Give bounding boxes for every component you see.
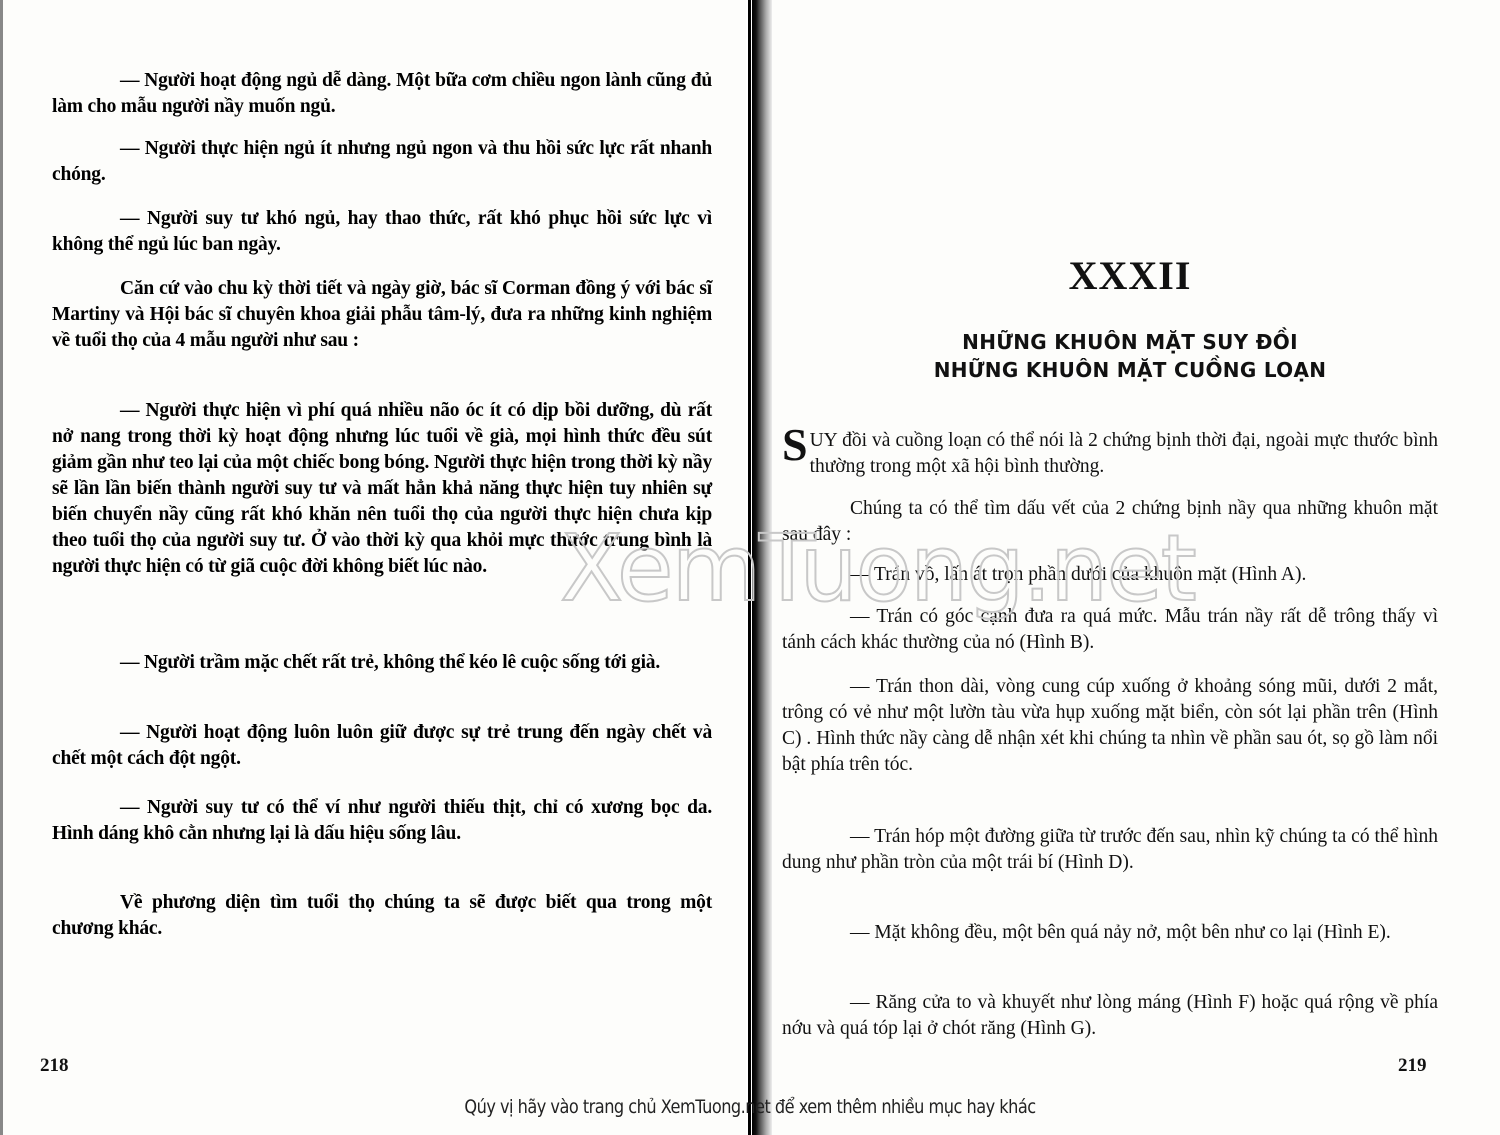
paragraph-text: — Trán hóp một đường giữa từ trước đến s… bbox=[782, 826, 1438, 873]
paragraph: — Người trầm mặc chết rất trẻ, không thể… bbox=[52, 650, 712, 676]
book-spread: — Người hoạt động ngủ dễ dàng. Một bữa c… bbox=[0, 0, 1500, 1135]
paragraph-text: — Người hoạt động luôn luôn giữ được sự … bbox=[52, 722, 712, 769]
paragraph-text: — Răng cửa to và khuyết như lòng máng (H… bbox=[782, 992, 1438, 1039]
paragraph: Về phương diện tìm tuổi thọ chúng ta sẽ … bbox=[52, 890, 712, 942]
paragraph-text: — Người hoạt động ngủ dễ dàng. Một bữa c… bbox=[52, 70, 712, 117]
paragraph: Chúng ta có thể tìm dấu vết của 2 chứng … bbox=[782, 496, 1438, 548]
page-number: 218 bbox=[40, 1055, 69, 1077]
paragraph-text: — Mặt không đều, một bên quá nảy nở, một… bbox=[850, 922, 1391, 943]
paragraph: — Người thực hiện ngủ ít nhưng ngủ ngon … bbox=[52, 136, 712, 188]
paragraph: — Mặt không đều, một bên quá nảy nở, một… bbox=[782, 920, 1438, 946]
chapter-title-line-2: NHỮNG KHUÔN MẶT CUỒNG LOẠN bbox=[770, 358, 1490, 382]
intro-paragraph: SUY đồi và cuồng loạn có thể nói là 2 ch… bbox=[782, 428, 1438, 480]
paragraph: — Người suy tư có thể ví như người thiếu… bbox=[52, 795, 712, 847]
page-number: 219 bbox=[1398, 1055, 1427, 1077]
drop-cap: S bbox=[782, 430, 808, 460]
paragraph: — Người thực hiện vì phí quá nhiều não ó… bbox=[52, 398, 712, 580]
paragraph-text: UY đồi và cuồng loạn có thể nói là 2 chứ… bbox=[810, 430, 1438, 477]
paragraph: — Trán có góc cạnh đưa ra quá mức. Mẫu t… bbox=[782, 604, 1438, 656]
paragraph-text: — Người suy tư có thể ví như người thiếu… bbox=[52, 797, 712, 844]
paragraph: — Người hoạt động luôn luôn giữ được sự … bbox=[52, 720, 712, 772]
paragraph-text: — Trán có góc cạnh đưa ra quá mức. Mẫu t… bbox=[782, 606, 1438, 653]
paragraph-text: Căn cứ vào chu kỳ thời tiết và ngày giờ,… bbox=[52, 278, 712, 351]
chapter-title-line-1: NHỮNG KHUÔN MẶT SUY ĐỒI bbox=[770, 330, 1490, 354]
paragraph: — Người hoạt động ngủ dễ dàng. Một bữa c… bbox=[52, 68, 712, 120]
paragraph-text: Chúng ta có thể tìm dấu vết của 2 chứng … bbox=[782, 498, 1438, 545]
book-gutter bbox=[746, 0, 772, 1135]
paragraph: — Trán thon dài, vòng cung cúp xuống ở k… bbox=[782, 674, 1438, 778]
paragraph: — Trán vồ, lấn át trọn phần dưới của khu… bbox=[782, 562, 1438, 588]
footer-note: Qúy vị hãy vào trang chủ XemTuong.net để… bbox=[113, 1096, 1388, 1118]
paragraph-text: — Người suy tư khó ngủ, hay thao thức, r… bbox=[52, 208, 712, 255]
right-page: XXXII NHỮNG KHUÔN MẶT SUY ĐỒI NHỮNG KHUÔ… bbox=[770, 0, 1500, 1135]
paragraph: — Người suy tư khó ngủ, hay thao thức, r… bbox=[52, 206, 712, 258]
paragraph: — Trán hóp một đường giữa từ trước đến s… bbox=[782, 824, 1438, 876]
paragraph: Căn cứ vào chu kỳ thời tiết và ngày giờ,… bbox=[52, 276, 712, 354]
paragraph-text: — Người thực hiện vì phí quá nhiều não ó… bbox=[52, 400, 712, 577]
paragraph-text: — Người trầm mặc chết rất trẻ, không thể… bbox=[120, 652, 660, 673]
paragraph-text: Về phương diện tìm tuổi thọ chúng ta sẽ … bbox=[52, 892, 712, 939]
chapter-number: XXXII bbox=[770, 252, 1490, 299]
paragraph-text: — Trán vồ, lấn át trọn phần dưới của khu… bbox=[850, 564, 1306, 585]
paragraph-text: — Người thực hiện ngủ ít nhưng ngủ ngon … bbox=[52, 138, 712, 185]
left-page: — Người hoạt động ngủ dễ dàng. Một bữa c… bbox=[0, 0, 748, 1135]
paragraph: — Răng cửa to và khuyết như lòng máng (H… bbox=[782, 990, 1438, 1042]
paragraph-text: — Trán thon dài, vòng cung cúp xuống ở k… bbox=[782, 676, 1438, 775]
